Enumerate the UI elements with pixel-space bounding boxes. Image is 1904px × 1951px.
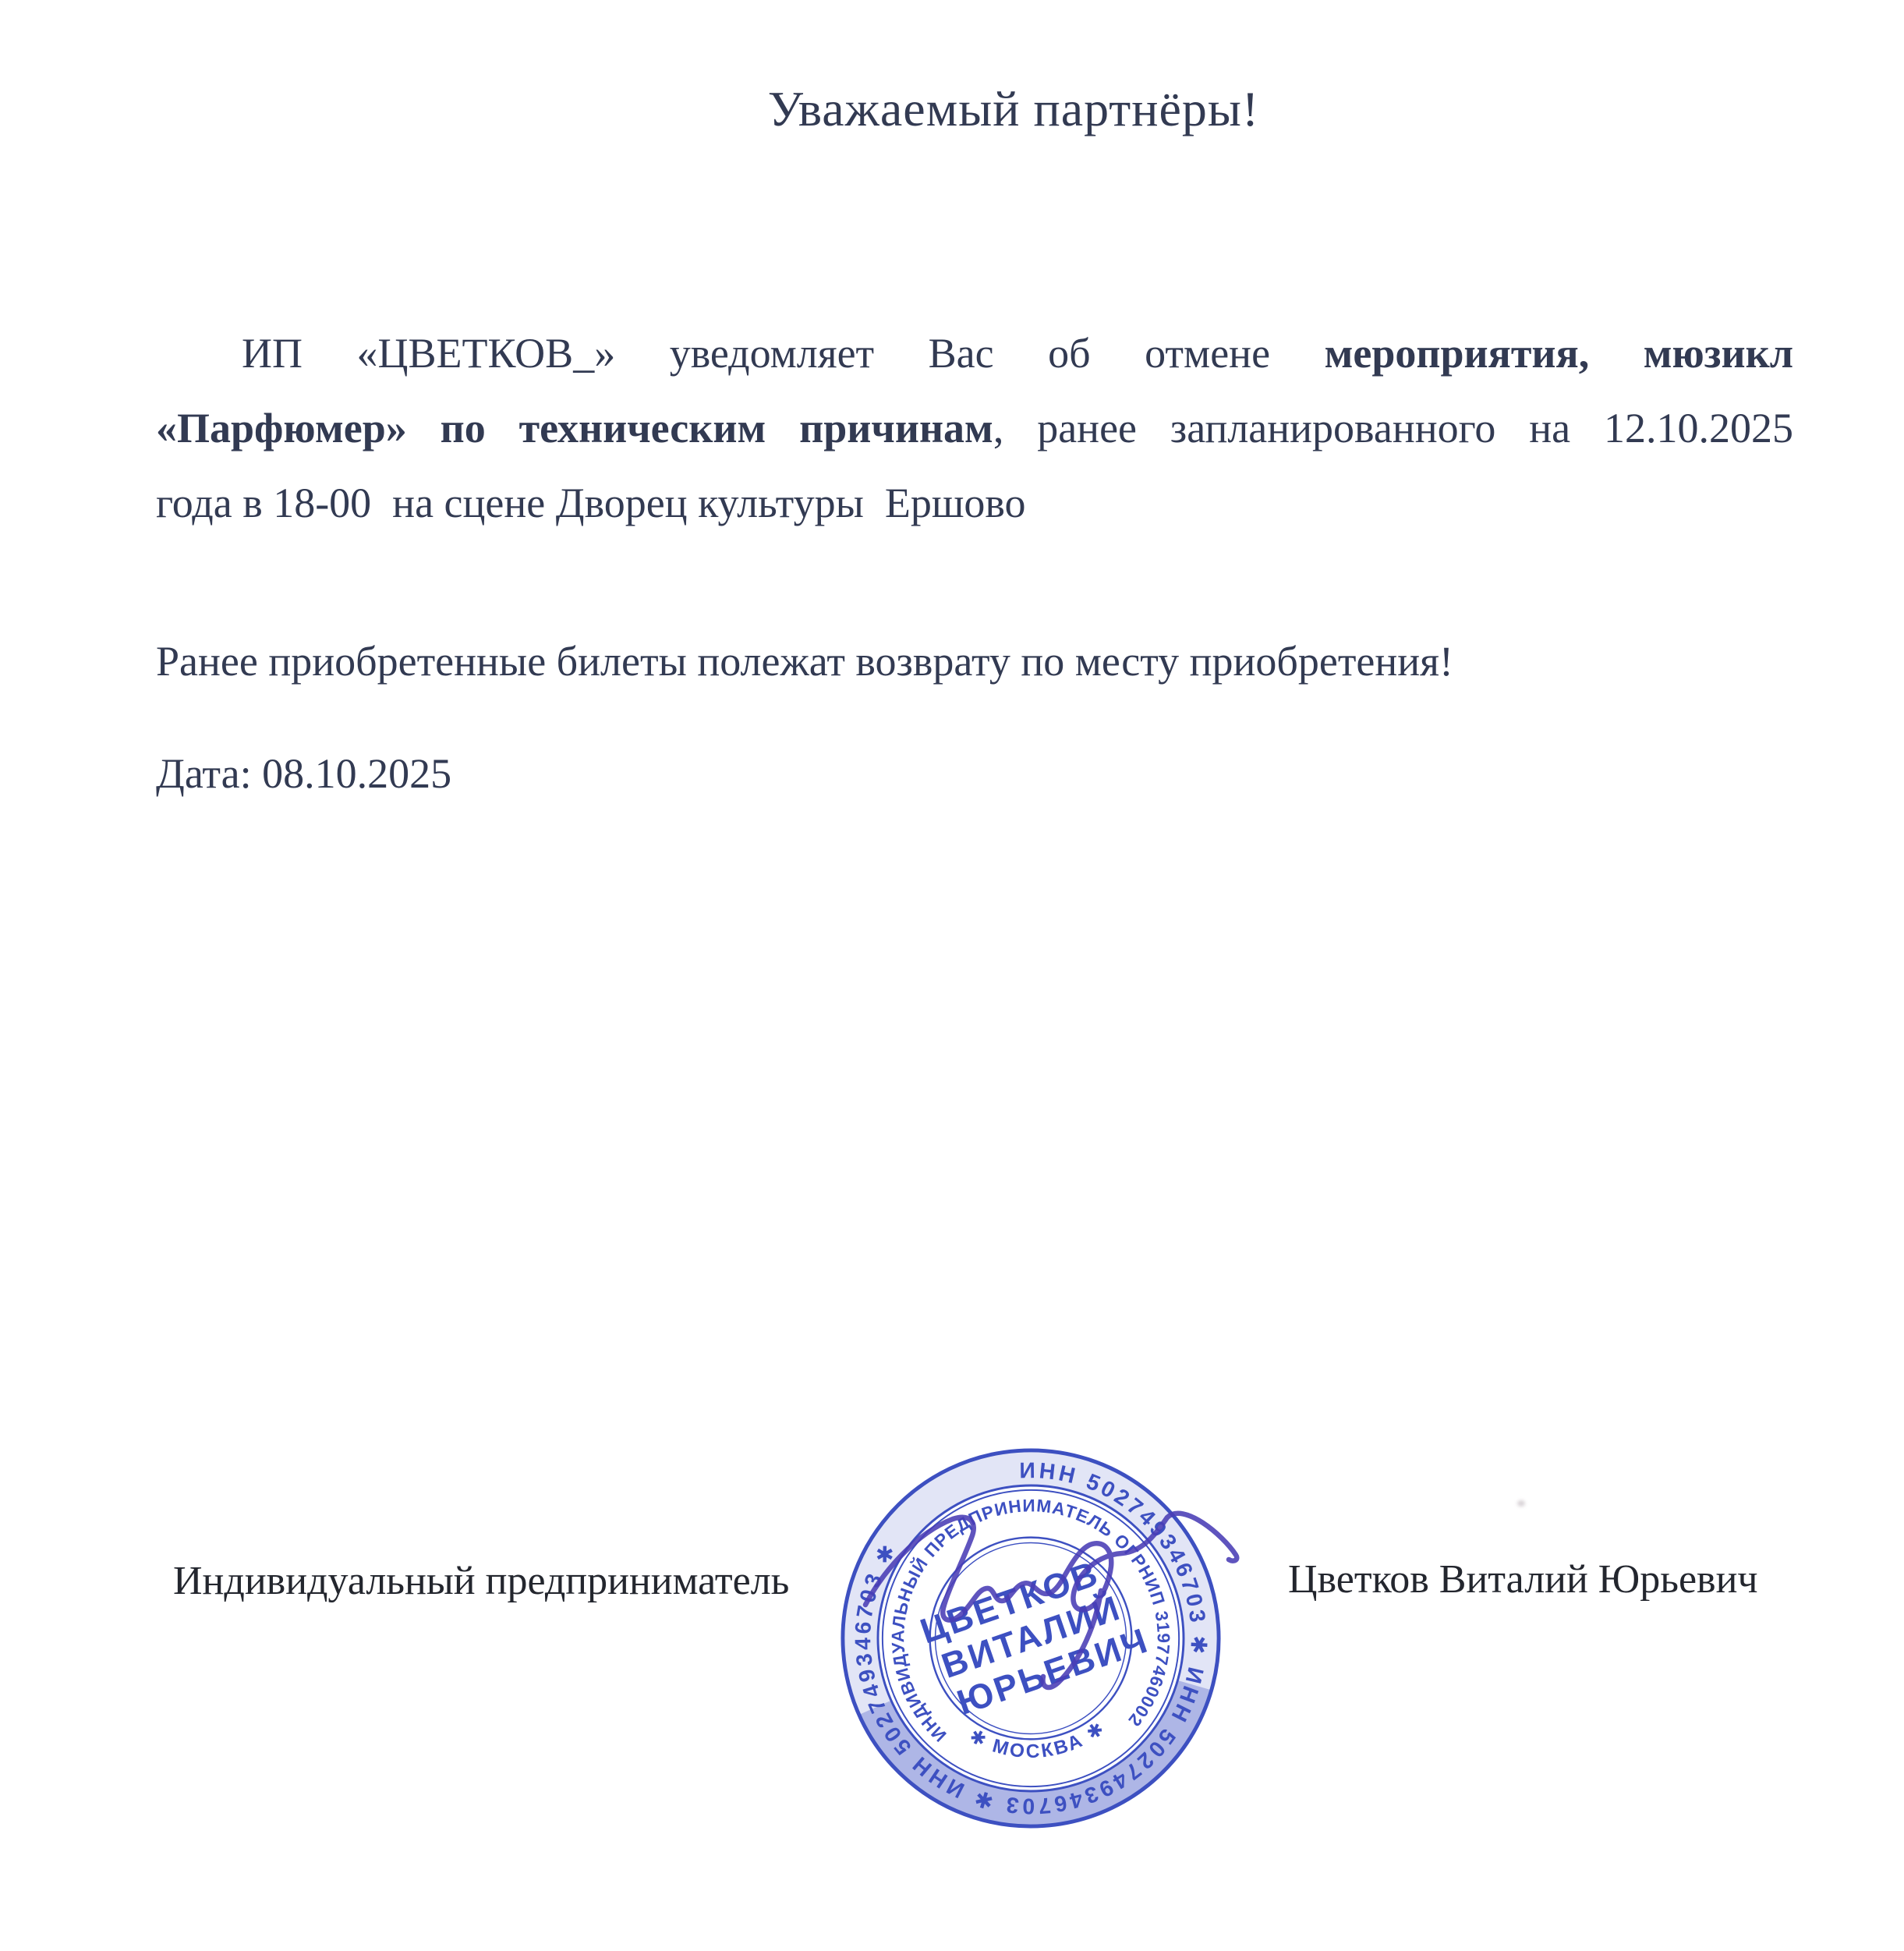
paragraph-line-1: ИП «ЦВЕТКОВ_» уведомляет Вас об отмене м… xyxy=(156,316,1793,391)
line2-regular-text: , ранее запланированного на 12.10.2025 xyxy=(993,405,1793,451)
letter-title: Уважаемый партнёры! xyxy=(195,80,1832,138)
line1-bold-text: мероприятия, мюзикл xyxy=(1325,330,1793,377)
signature-strokes xyxy=(865,1514,1237,1687)
line1-regular-text: ИП «ЦВЕТКОВ_» уведомляет Вас об отмене xyxy=(242,330,1325,377)
scan-artifact-dot xyxy=(1517,1500,1525,1507)
paragraph-line-2: «Парфюмер» по техническим причинам, ране… xyxy=(156,391,1793,466)
cancellation-letter-document: Уважаемый партнёры! ИП «ЦВЕТКОВ_» уведом… xyxy=(0,0,1904,1951)
line2-bold-text: «Парфюмер» по техническим причинам xyxy=(156,405,993,451)
handwritten-signature xyxy=(811,1472,1294,1730)
body-paragraph-2: Ранее приобретенные билеты полежат возвр… xyxy=(156,630,1832,692)
signatory-role-label: Индивидуальный предприниматель xyxy=(173,1558,789,1604)
signatory-name-label: Цветков Виталий Юрьевич xyxy=(1288,1556,1758,1602)
body-paragraph-1: ИП «ЦВЕТКОВ_» уведомляет Вас об отмене м… xyxy=(156,316,1793,540)
paragraph-line-3: года в 18-00 на сцене Дворец культуры Ер… xyxy=(156,466,1793,540)
date-line: Дата: 08.10.2025 xyxy=(156,742,451,805)
